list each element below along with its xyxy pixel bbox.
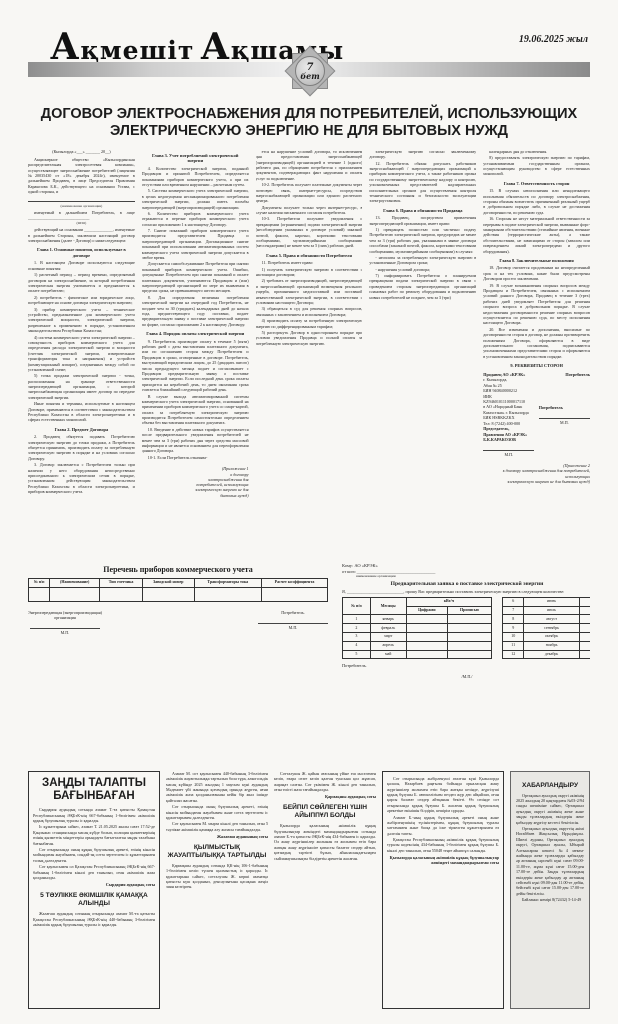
table-row: 4апрель — [343, 641, 492, 650]
attachment1-block: Перечень приборов коммерческого учета № … — [28, 561, 328, 759]
chapter-heading: Глава 8. Заключительные положения — [485, 258, 588, 264]
attachment-note: (Приложение 1 к договору электроснабжени… — [142, 466, 249, 498]
month-number: 10 — [503, 632, 524, 641]
paragraph: 16. Стороны не несут материальной ответс… — [483, 216, 590, 254]
month-name: ноябрь — [524, 641, 579, 650]
month-number: 11 — [503, 641, 524, 650]
requisite-line: г. Кызылорда, — [483, 377, 534, 382]
month-number: 3 — [343, 632, 371, 641]
paragraph: Азамат Б.-ның құқық бұзушылық әрекеті он… — [387, 815, 499, 837]
monthly-demand-table: № п/пМесяцыкВт/чЦифрамиПрописью1январь 2… — [342, 597, 492, 660]
paragraph: Сот отырысында оның құқық бұзушылық әрек… — [33, 847, 155, 863]
month-name: февраль — [370, 624, 406, 633]
kwh-words — [447, 650, 491, 659]
paragraph: 1. В настоящем Договоре используются сле… — [28, 260, 135, 271]
meters-table: № п/п(Наименование)Тип счетчикаЗаводской… — [28, 578, 328, 602]
chapter-heading: Глава 5. Права и обязанности Потребителя — [258, 253, 361, 259]
attachment1-signatures: Энергопередающая (энергопроизводящая) ор… — [28, 610, 328, 635]
requisite-line: ИИК KZ946010111000017110 — [483, 394, 534, 404]
kwh-words — [447, 615, 491, 624]
month-name: декабрь — [524, 650, 579, 659]
paragraph: 2) потребитель - физическое или юридичес… — [28, 295, 135, 306]
month-name: апрель — [370, 641, 406, 650]
kwh-value — [579, 597, 590, 606]
kwh-digits — [406, 615, 447, 624]
requisites-details: г. Кызылорда,Абая № 25БИН 940840000212ИИ… — [483, 377, 590, 458]
seller-signatory: Председатель, — [483, 426, 534, 431]
article-headline: ХАБАРЛАНДЫРУ — [516, 782, 584, 790]
requisites-block: Продавец АО «КРЭК»Потребительг. Кызылорд… — [483, 372, 590, 485]
paragraph: Иные понятия и термины, используемые в н… — [28, 401, 135, 423]
chapter-heading: Глава 7. Ответственность сторон — [485, 181, 588, 187]
kwh-digits — [406, 632, 447, 641]
paragraph: Сот қаулысымен ол Қазақстан Республикасы… — [33, 864, 155, 880]
kwh-value — [579, 641, 590, 650]
news-column-3: Сотталушы Ж. қайын ағасының үйіне еш мәс… — [274, 771, 376, 1009]
paragraph: 4. Количество электрической энергии, под… — [142, 166, 249, 188]
paragraph: Документы получает только через интернет… — [256, 205, 363, 216]
field-caption: (наименование организации) — [28, 204, 135, 208]
chapter-heading: Глава 6. Права и обязанности Продавца — [371, 208, 474, 214]
paragraph: 20. Все изменения и дополнения, вносимые… — [483, 327, 590, 359]
kwh-value — [579, 632, 590, 641]
column-header: Расчет коэффициента — [262, 578, 328, 587]
month-name: июнь — [524, 597, 579, 606]
table-row — [29, 587, 328, 601]
application-recipient: Кому: АО «КРЭК» — [342, 563, 590, 568]
column-header: Цифрами — [406, 606, 447, 615]
paragraph: 12. Потребитель обязан: допускать работн… — [369, 161, 476, 204]
column-header: (Наименование) — [50, 578, 100, 587]
news-column-4: Сот отырысында жәбірленуші аталған күні … — [382, 771, 504, 1009]
paragraph: 15. В случаях неисполнения или ненадлежа… — [483, 188, 590, 215]
consumer-signatory: Потребитель — [539, 405, 590, 410]
table-header-row: № п/п(Наименование)Тип счетчикаЗаводской… — [29, 578, 328, 587]
paragraph: 1) прекращать полностью или частично под… — [369, 227, 476, 254]
kwh-value — [579, 615, 590, 624]
paragraph: 18. Договор считается продленным на неоп… — [483, 265, 590, 281]
application-intro: Я, ___________________________, прошу Ва… — [342, 589, 590, 594]
requisite-line: Тел: 8 (7242) 400-000 — [483, 421, 534, 426]
application-footer: Потребитель. — [342, 663, 590, 668]
consumer-stamp: М.П. — [539, 418, 590, 425]
seller-details: г. Кызылорда,Абая № 25БИН 940840000212ИИ… — [483, 377, 534, 458]
paragraph: Сырдария аудандық сотында азамат Т.-ға қ… — [33, 807, 155, 823]
table-row: 9сентябрь — [503, 624, 591, 633]
paragraph: 5) точка продажи электрической энергии -… — [28, 373, 135, 400]
month-name: май — [370, 650, 406, 659]
news-column-5: ХАБАРЛАНДЫРУОртақшыл ауылдық округі әкім… — [510, 771, 590, 1009]
attachments-band: Перечень приборов коммерческого учета № … — [28, 561, 590, 759]
paragraph: 10-3. Потребители получают уведомления о… — [256, 216, 363, 248]
contract-column-2: Глава 3. Учет потребляемой электрической… — [142, 149, 249, 551]
requisite-line: БИК HSBKKZKX — [483, 415, 534, 420]
court-signature: Қармақшы аудандық соты — [274, 794, 376, 799]
table-row: 1январь — [343, 615, 492, 624]
paragraph: 10-1. Если Потребитель отказыва- — [142, 455, 249, 460]
contract-column-5: календарных дня до отключения.8) предост… — [483, 149, 590, 551]
paragraph: 10. Введение в действие новых тарифов ос… — [142, 427, 249, 454]
kwh-words — [447, 624, 491, 633]
masthead: АқмешітАқшамы 19.06.2025 жыл 7 бет — [28, 24, 590, 86]
month-number: 6 — [503, 597, 524, 606]
column-header: № п/п — [29, 578, 50, 587]
requisite-line: Абая № 25 — [483, 383, 534, 388]
paragraph: 8. Для определения величины потребления … — [142, 295, 249, 327]
seller-stamp: М.П. — [483, 450, 534, 457]
kwh-digits — [406, 650, 447, 659]
table-row: 8август — [503, 615, 591, 624]
kwh-words — [447, 632, 491, 641]
consumer-details: ПотребительМ.П. — [539, 377, 590, 458]
supplier-stamp: М.П. — [30, 628, 100, 635]
paragraph: Байланыс нөмірі 8(72432) 5-14-49 — [516, 897, 584, 902]
table-cell — [50, 587, 100, 601]
table-row: 3март — [343, 632, 492, 641]
paragraph: 5) расторгнуть Договор в одностороннем п… — [256, 330, 363, 346]
paragraph: 19. В случае возникновения спорных вопро… — [483, 283, 590, 326]
attachment2-note: (Приложение 2 к договору электроснабжени… — [483, 463, 590, 484]
paragraph: Сот отырысында жәбірленуші аталған күні … — [387, 776, 499, 814]
application-title: Предварительная заявка о поставке электр… — [342, 581, 590, 587]
table-row: 5май — [343, 650, 492, 659]
paragraph: Сот қаулысымен М. мырза кінәлі деп таныл… — [166, 821, 268, 832]
column-header: Месяцы — [370, 597, 406, 615]
paragraph: - неоплаты за потребленную электрическую… — [369, 255, 476, 266]
kwh-value — [579, 624, 590, 633]
kwh-digits — [406, 624, 447, 633]
month-name: январь — [370, 615, 406, 624]
paragraph: Сот отырысында оның бұзушылық әрекеті, ө… — [166, 804, 268, 820]
application-sender-caption: наименование организации — [356, 574, 590, 578]
paragraph: Азамат М. сот қаулысымен 440-бабының 3-б… — [166, 771, 268, 803]
kwh-digits — [406, 641, 447, 650]
table-cell — [262, 587, 328, 601]
table-cell — [29, 587, 50, 601]
month-name: октябрь — [524, 632, 579, 641]
consumer-stamp: М.П. — [258, 623, 328, 630]
application-tables: № п/пМесяцыкВт/чЦифрамиПрописью1январь 2… — [342, 597, 590, 660]
article-headline: ЗАҢДЫ ТАЛАПТЫ БАҒЫНБАҒАН — [33, 777, 155, 803]
news-column-1: ЗАҢДЫ ТАЛАПТЫ БАҒЫНБАҒАНСырдария ауданды… — [28, 771, 160, 1009]
paragraph: Акционерное общество «Кызылординская рас… — [28, 157, 135, 195]
paragraph: календарных дня до отключения. — [483, 149, 590, 154]
paragraph: Ортақшыл ауылдық округтің әкімі Ногайбае… — [516, 826, 584, 896]
article-headline: БЕЙПІЛ СӨЙЛЕГЕНІ ҮШІН АЙЫППҰЛ БОЛДЫ — [274, 804, 376, 820]
paragraph: Допускается самообслуживание Потребителя… — [142, 261, 249, 293]
contract-column-1: (Кызылорда «___» _______ 20__)Акционерно… — [28, 149, 135, 551]
news-column-2: Азамат М. сот қаулысымен 440-бабының 3-б… — [166, 771, 268, 1009]
paragraph: 3) прибор коммерческого учета – техничес… — [28, 307, 135, 334]
column-header: Трансформаторы тока — [194, 578, 262, 587]
paragraph: Ортақшыл ауылдық округі әкімінің 2025 жы… — [516, 793, 584, 825]
column-header: № п/п — [343, 597, 371, 615]
column-header: кВт/ч — [406, 597, 491, 606]
month-number: 4 — [343, 641, 371, 650]
requisite-line: Казахстана» г. Кызылорда — [483, 410, 534, 415]
paragraph: - нарушения условий договора; — [369, 267, 476, 272]
paragraph: 7. Снятие показаний приборов коммерческо… — [142, 228, 249, 260]
month-number: 1 — [343, 615, 371, 624]
table-row: 12декабрь — [503, 650, 591, 659]
court-signature: Қызылорда қаласының әкімшілік құқық бұзу… — [387, 855, 499, 865]
table-row: 11ноябрь — [503, 641, 591, 650]
paragraph: электрическую энергию согласно заключенн… — [369, 149, 476, 160]
paragraph: 10-2. Потребитель получает платежные док… — [256, 182, 363, 204]
month-name: март — [370, 632, 406, 641]
monthly-demand-table-continued: 6июнь 7июль 8август 9сентябрь 10октябрь … — [502, 597, 590, 660]
kwh-value — [579, 606, 590, 615]
month-name: июль — [524, 606, 579, 615]
month-number: 9 — [503, 624, 524, 633]
paragraph: 6. Количество приборов коммерческого уче… — [142, 211, 249, 227]
paragraph: именуемый в дальнейшем Потребитель, в ли… — [28, 210, 135, 221]
table-cell — [142, 587, 194, 601]
column-header: Прописью — [447, 606, 491, 615]
table-header-row: № п/пМесяцыкВт/ч — [343, 597, 492, 606]
seller-signatory: Правления АО «КРЭК» — [483, 432, 534, 437]
newspaper-page: АқмешітАқшамы 19.06.2025 жыл 7 бет ДОГОВ… — [0, 0, 618, 1024]
paragraph: Іс құжаттарына сәйкес, азамат Т. 21.05.2… — [33, 824, 155, 846]
requisite-line: БИН 940840000212 — [483, 388, 534, 393]
main-headline: ДОГОВОР ЭЛЕКТРОСНАБЖЕНИЯ ДЛЯ ПОТРЕБИТЕЛЕ… — [39, 106, 579, 141]
table-row: 2февраль — [343, 624, 492, 633]
supplier-signature-block: Энергопередающая (энергопроизводящая) ор… — [28, 610, 102, 635]
page-number-label: бет — [300, 72, 319, 80]
paragraph: 4) производить оплату за потребленную эл… — [256, 318, 363, 329]
paragraph: 3) обращаться в суд для решения спорных … — [256, 306, 363, 317]
paragraph: 13. Продавец, посредством привлечения эн… — [369, 215, 476, 226]
dateline: (Кызылорда «___» _______ 20__) — [28, 149, 135, 154]
application-stamp: /М.П./ — [342, 674, 590, 679]
page-number-badge: 7 бет — [285, 46, 333, 94]
column-header: Тип счетчика — [100, 578, 143, 587]
paragraph: В случае выхода автоматизированной систе… — [142, 394, 249, 426]
badge-circle: 7 бет — [295, 56, 325, 86]
article-headline: ҚЫЛМЫСТЫҚ ЖАУАПТЫЛЫҚҚА ТАРТЫЛДЫ — [166, 844, 268, 860]
paragraph: Жалағаш аудандық сотының отырысында азам… — [33, 911, 155, 927]
paragraph: Қызылорда қаласының әкімшілік құқық бұзу… — [274, 823, 376, 861]
requisite-line: в АО «Народный Банк — [483, 404, 534, 409]
attachment2-block: Кому: АО «КРЭК» от кого ________________… — [342, 561, 590, 759]
paragraph: Сотталушы Ж. қайын ағасының үйіне еш мәс… — [274, 771, 376, 793]
seller-signatory: Б.К.КАРАКОЗОВ — [483, 437, 534, 442]
paragraph: 4) система коммерческого учета электриче… — [28, 335, 135, 373]
article-headline: 5 ТӘУЛІККЕ ӘКІМШІЛІК ҚАМАҚҚА АЛЫНДЫ — [33, 892, 155, 908]
supplier-signature-caption-2: организация — [28, 615, 102, 620]
paragraph: действующий на основании ______________,… — [28, 227, 135, 243]
court-signature: Жалағаш ауданының соты — [166, 834, 268, 839]
table-cell — [194, 587, 262, 601]
paragraph: 11. Потребитель имеет право: — [256, 260, 363, 265]
paragraph: 1) получать электрическую энергию в соот… — [256, 267, 363, 278]
table-cell — [100, 587, 143, 601]
kwh-value — [579, 650, 590, 659]
chapter-heading: 9. РЕКВИЗИТЫ СТОРОН — [485, 363, 588, 369]
chapter-heading: Глава 2. Предмет Договора — [30, 427, 133, 433]
paragraph: 1) расчетный период – период времени, оп… — [28, 272, 135, 294]
consumer-signature-block: Потребитель. М.П. — [258, 610, 328, 635]
month-number: 12 — [503, 650, 524, 659]
paragraph: 2. Продавец обязуется подавать Потребите… — [28, 434, 135, 461]
attachment1-table-title: Перечень приборов коммерческого учета — [28, 565, 328, 574]
table-row: 6июнь — [503, 597, 591, 606]
paragraph: Қармақшы аудандық сотында ҚК-нің 106-1-б… — [166, 863, 268, 890]
kwh-words — [447, 641, 491, 650]
month-number: 5 — [343, 650, 371, 659]
paragraph: 8) предоставлять электрическую энергию п… — [483, 155, 590, 177]
column-header: Заводской номер — [142, 578, 194, 587]
contract-column-3: ется на нарушение условий договора, то и… — [256, 149, 363, 551]
issue-date: 19.06.2025 жыл — [519, 34, 588, 45]
blank-line — [28, 197, 135, 202]
paragraph: ется на нарушение условий договора, то и… — [256, 149, 363, 181]
paragraph: 2) требовать от энергопроизводящей, энер… — [256, 278, 363, 305]
chapter-heading: Глава 3. Учет потребляемой электрической… — [144, 153, 247, 164]
field-caption: (ФИО) — [28, 221, 135, 225]
month-number: 7 — [503, 606, 524, 615]
paragraph: 3. Договор заключается с Потребителем то… — [28, 462, 135, 494]
contract-article: (Кызылорда «___» _______ 20__)Акционерно… — [28, 149, 590, 551]
month-name: август — [524, 615, 579, 624]
paragraph: Қазақстан Республикасының әкімшілік құқы… — [387, 837, 499, 853]
table-row: 7июль — [503, 606, 591, 615]
chapter-heading: Глава 4. Порядок оплаты электрической эн… — [144, 331, 247, 337]
consumer-signature-caption: Потребитель. — [258, 610, 328, 615]
paragraph: 5. Система коммерческого учета электриче… — [142, 188, 249, 210]
chapter-heading: Глава 1. Основные понятия, используемые … — [30, 247, 133, 258]
court-signature: Сырдария аудандық соты — [33, 882, 155, 887]
table-row: 10октябрь — [503, 632, 591, 641]
paragraph: 7) информировать Потребителя о планируем… — [369, 273, 476, 300]
paragraph: 9. Потребитель производит оплату в течен… — [142, 339, 249, 393]
month-name: сентябрь — [524, 624, 579, 633]
month-number: 2 — [343, 624, 371, 633]
contract-column-4: электрическую энергию согласно заключенн… — [369, 149, 476, 551]
supplier-signature-caption-1: Энергопередающая (энергопроизводящая) — [28, 610, 102, 615]
month-number: 8 — [503, 615, 524, 624]
news-section: ЗАҢДЫ ТАЛАПТЫ БАҒЫНБАҒАНСырдария ауданды… — [28, 771, 590, 1009]
